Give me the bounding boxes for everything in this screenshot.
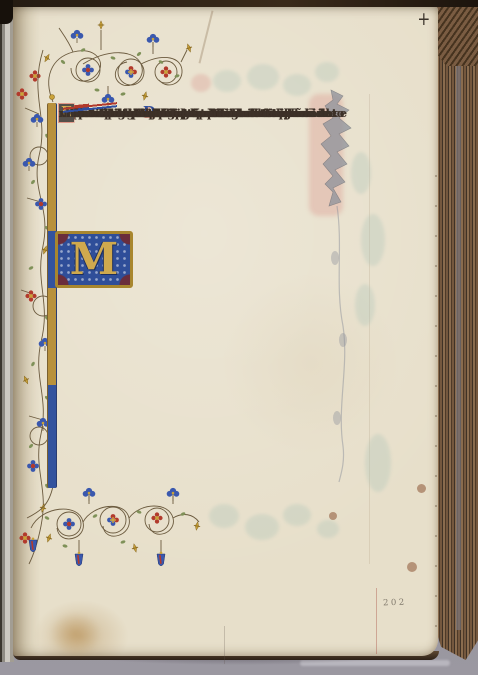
offset-blob [361, 214, 385, 266]
parchment-stain [49, 612, 101, 656]
top-border-vine [49, 28, 187, 102]
offset-dot [329, 512, 337, 520]
offset-blob [365, 434, 391, 492]
ruling-line-gray [224, 626, 225, 664]
offset-blob [355, 284, 375, 326]
offset-blob [213, 70, 241, 92]
offset-dot [407, 562, 417, 572]
drop-cap-initial-M: M [55, 231, 133, 288]
illuminated-bar-border [47, 103, 57, 488]
folio-number: 202 [383, 598, 407, 609]
ruling-line-red [376, 588, 377, 654]
offset-blob [317, 520, 339, 538]
offset-blob [245, 514, 279, 540]
offset-blob [315, 62, 339, 82]
left-page-stack-edge [0, 0, 14, 662]
offset-blob [247, 64, 279, 90]
offset-dot [417, 484, 426, 493]
pricking-holes [435, 175, 437, 627]
corner-cross-mark: + [417, 10, 430, 31]
book-top-edge [0, 0, 478, 7]
binding-corner [0, 0, 13, 24]
offset-blob [351, 152, 371, 194]
bar-finial [50, 95, 55, 100]
manuscript-text-block: scdm miscam tuā: et iustificaciones tuas… [59, 104, 331, 488]
bottom-border-vine [27, 486, 199, 552]
parchment-crease [198, 11, 213, 64]
offset-blob [283, 504, 311, 526]
offset-blob [209, 504, 239, 528]
manuscript-photo-scene: scdm miscam tuā: et iustificaciones tuas… [0, 0, 478, 675]
fore-edge-gray-stripe [456, 30, 461, 630]
offset-blob [283, 74, 311, 96]
offset-blob [191, 74, 211, 92]
manuscript-page: scdm miscam tuā: et iustificaciones tuas… [13, 6, 438, 656]
